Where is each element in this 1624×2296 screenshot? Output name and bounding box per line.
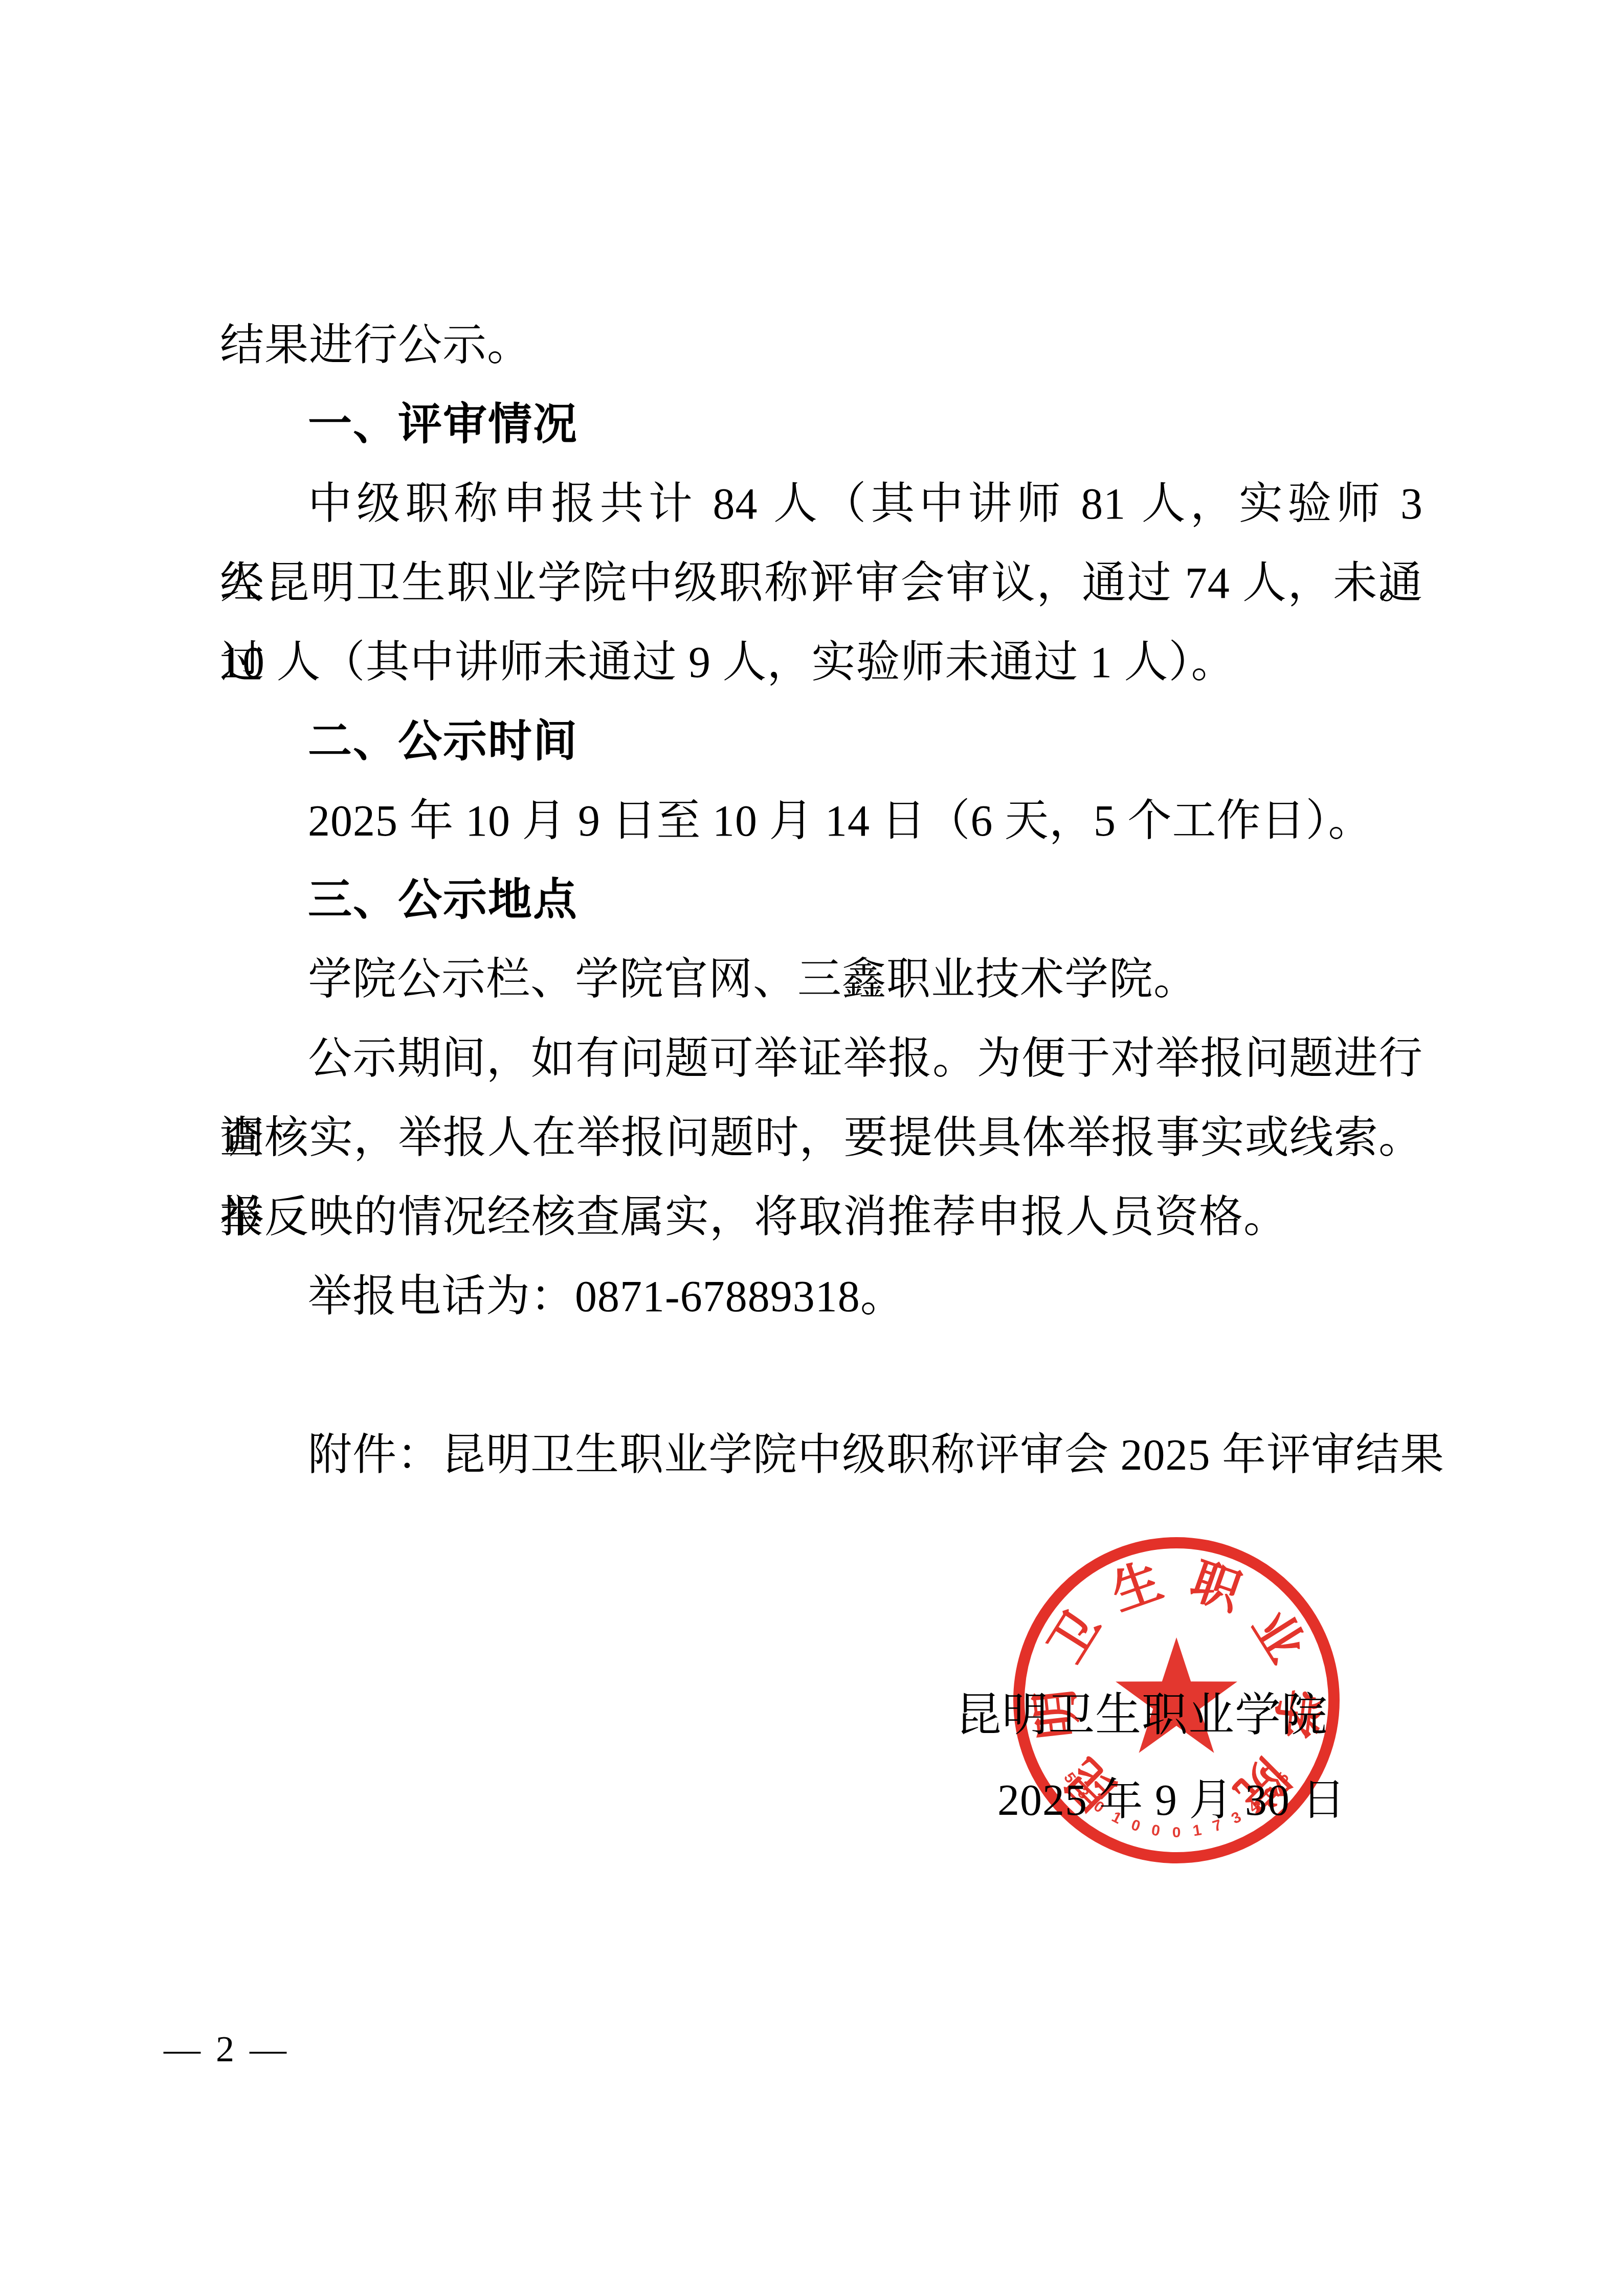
report-phone-line: 举报电话为：0871-67889318。 — [220, 1257, 1423, 1336]
seal-arc-char: 职 — [1184, 1553, 1250, 1621]
body-line: 查核实，举报人在举报问题时，要提供具体举报事实或线索。举 — [220, 1098, 1423, 1178]
body-line: 公示期间，如有问题可举证举报。为便于对举报问题进行调 — [220, 1019, 1423, 1098]
signature-date: 2025 年 9 月 30 日 — [997, 1773, 1346, 1827]
section-heading-2: 二、公示时间 — [220, 702, 1423, 781]
section-heading-3: 三、公示地点 — [220, 861, 1423, 940]
body-line: 报反映的情况经核查属实，将取消推荐申报人员资格。 — [220, 1178, 1423, 1257]
attachment-line: 附件：昆明卫生职业学院中级职称评审会 2025 年评审结果 — [220, 1415, 1423, 1495]
blank-line — [220, 1336, 1423, 1415]
body-line: 结果进行公示。 — [220, 306, 1423, 385]
body-line: 10 人（其中讲师未通过 9 人，实验师未通过 1 人）。 — [220, 623, 1423, 702]
page-number: — 2 — — [164, 2026, 290, 2072]
section-heading-1: 一、评审情况 — [220, 385, 1423, 464]
body-line: 中级职称申报共计 84 人（其中讲师 81 人，实验师 3 人）。 — [220, 464, 1423, 544]
publicity-place-line: 学院公示栏、学院官网、三鑫职业技术学院。 — [220, 940, 1423, 1019]
publicity-time-line: 2025 年 10 月 9 日至 10 月 14 日（6 天，5 个工作日）。 — [220, 781, 1423, 861]
signature-organization: 昆明卫生职业学院 — [955, 1687, 1328, 1744]
seal-arc-char: 生 — [1104, 1553, 1169, 1621]
document-page: { "page": { "background": "#ffffff", "te… — [0, 0, 1624, 2296]
document-body: 结果进行公示。 一、评审情况 中级职称申报共计 84 人（其中讲师 81 人，实… — [220, 306, 1423, 1495]
body-line: 经昆明卫生职业学院中级职称评审会审议，通过 74 人，未通过 — [220, 544, 1423, 623]
